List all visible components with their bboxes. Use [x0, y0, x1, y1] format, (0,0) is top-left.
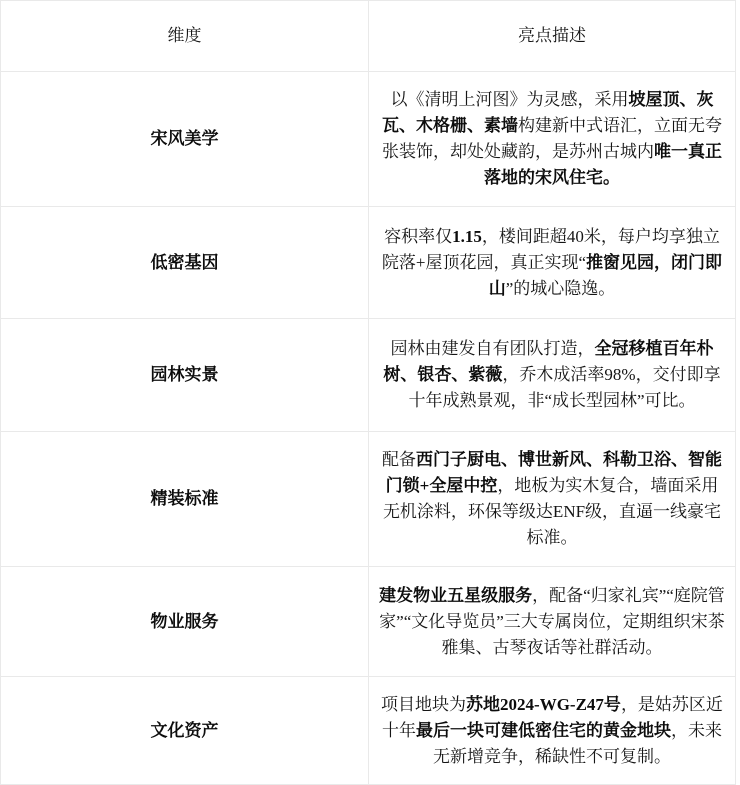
- dimension-cell: 精装标准: [1, 432, 369, 566]
- description-cell: 项目地块为苏地2024-WG-Z47号，是姑苏区近十年最后一块可建低密住宅的黄金…: [369, 677, 735, 784]
- description-text: 建发物业五星级服务，配备“归家礼宾”“庭院管家”“文化导览员”三大专属岗位，定期…: [378, 583, 726, 661]
- table-row: 精装标准配备西门子厨电、博世新风、科勒卫浴、智能门锁+全屋中控，地板为实木复合，…: [1, 431, 735, 566]
- highlights-table: 维度 亮点描述 宋风美学以《清明上河图》为灵感，采用坡屋顶、灰瓦、木格栅、素墙构…: [0, 0, 736, 785]
- table-row: 低密基因容积率仅1.15，楼间距超40米，每户均享独立院落+屋顶花园，真正实现“…: [1, 206, 735, 318]
- table-row: 宋风美学以《清明上河图》为灵感，采用坡屋顶、灰瓦、木格栅、素墙构建新中式语汇，立…: [1, 71, 735, 206]
- text-segment: 容积率仅: [384, 227, 452, 246]
- dimension-cell: 园林实景: [1, 319, 369, 431]
- description-text: 以《清明上河图》为灵感，采用坡屋顶、灰瓦、木格栅、素墙构建新中式语汇，立面无夸张…: [378, 87, 726, 191]
- description-cell: 以《清明上河图》为灵感，采用坡屋顶、灰瓦、木格栅、素墙构建新中式语汇，立面无夸张…: [369, 72, 735, 206]
- text-segment: 1.15: [452, 227, 482, 246]
- description-cell: 配备西门子厨电、博世新风、科勒卫浴、智能门锁+全屋中控，地板为实木复合，墙面采用…: [369, 432, 735, 566]
- column-header-dimension: 维度: [1, 1, 369, 71]
- table-row: 园林实景园林由建发自有团队打造，全冠移植百年朴树、银杏、紫薇，乔木成活率98%，…: [1, 318, 735, 431]
- text-segment: 建发物业五星级服务: [379, 586, 532, 605]
- description-text: 项目地块为苏地2024-WG-Z47号，是姑苏区近十年最后一块可建低密住宅的黄金…: [378, 692, 726, 770]
- text-segment: 配备: [382, 450, 416, 469]
- text-segment: 苏地2024-WG-Z47号: [466, 695, 621, 714]
- description-cell: 园林由建发自有团队打造，全冠移植百年朴树、银杏、紫薇，乔木成活率98%，交付即享…: [369, 319, 735, 431]
- description-cell: 建发物业五星级服务，配备“归家礼宾”“庭院管家”“文化导览员”三大专属岗位，定期…: [369, 567, 735, 676]
- text-segment: 最后一块可建低密住宅的黄金地块: [416, 721, 671, 740]
- table-row: 物业服务建发物业五星级服务，配备“归家礼宾”“庭院管家”“文化导览员”三大专属岗…: [1, 566, 735, 676]
- text-segment: 以《清明上河图》为灵感，采用: [391, 90, 629, 109]
- text-segment: ”的城心隐逸。: [506, 279, 616, 298]
- column-header-description: 亮点描述: [369, 1, 735, 71]
- description-text: 配备西门子厨电、博世新风、科勒卫浴、智能门锁+全屋中控，地板为实木复合，墙面采用…: [378, 447, 726, 551]
- dimension-cell: 宋风美学: [1, 72, 369, 206]
- description-text: 园林由建发自有团队打造，全冠移植百年朴树、银杏、紫薇，乔木成活率98%，交付即享…: [378, 336, 726, 414]
- description-cell: 容积率仅1.15，楼间距超40米，每户均享独立院落+屋顶花园，真正实现“推窗见园…: [369, 207, 735, 318]
- description-text: 容积率仅1.15，楼间距超40米，每户均享独立院落+屋顶花园，真正实现“推窗见园…: [378, 224, 726, 302]
- dimension-cell: 文化资产: [1, 677, 369, 784]
- table-row: 文化资产项目地块为苏地2024-WG-Z47号，是姑苏区近十年最后一块可建低密住…: [1, 676, 735, 784]
- text-segment: 园林由建发自有团队打造，: [391, 339, 595, 358]
- table-body: 宋风美学以《清明上河图》为灵感，采用坡屋顶、灰瓦、木格栅、素墙构建新中式语汇，立…: [1, 71, 735, 784]
- text-segment: 项目地块为: [381, 695, 466, 714]
- dimension-cell: 低密基因: [1, 207, 369, 318]
- dimension-cell: 物业服务: [1, 567, 369, 676]
- table-header-row: 维度 亮点描述: [1, 1, 735, 71]
